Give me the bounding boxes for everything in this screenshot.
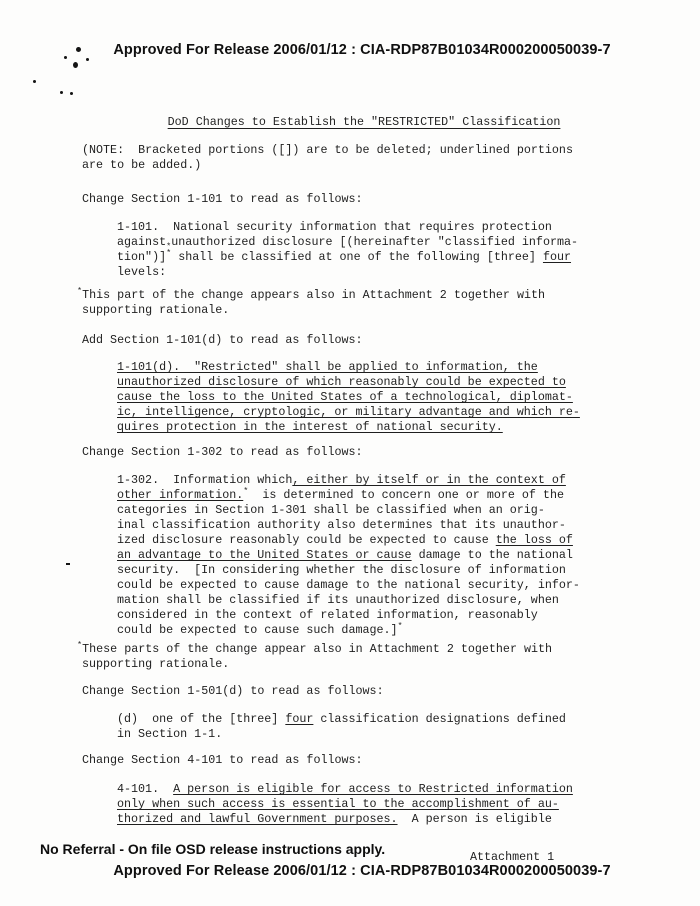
no-referral-stamp: No Referral - On file OSD release instru… (40, 841, 385, 857)
add-section-1-101d-heading: Add Section 1-101(d) to read as follows: (82, 333, 700, 348)
text-line: 1-101. National security information tha… (117, 220, 700, 235)
ink-speck (70, 92, 73, 95)
footnote-1: *This part of the change appears also in… (82, 288, 700, 318)
text-line: other information.* is determined to con… (117, 488, 700, 503)
text-line: *This part of the change appears also in… (82, 288, 700, 303)
text-line: 4-101. A person is eligible for access t… (117, 782, 700, 797)
text-line: (d) one of the [three] four classificati… (117, 712, 700, 727)
text-line: mation shall be classified if its unauth… (117, 593, 700, 608)
text-line: supporting rationale. (82, 303, 700, 318)
ink-speck (73, 62, 78, 68)
text-line: security. [In considering whether the di… (117, 563, 700, 578)
approved-for-release-stamp-top: Approved For Release 2006/01/12 : CIA-RD… (0, 42, 700, 58)
section-4-101-paragraph: 4-101. A person is eligible for access t… (117, 782, 700, 827)
document-title-text: DoD Changes to Establish the "RESTRICTED… (168, 115, 561, 129)
text-line: Change Section 4-101 to read as follows: (82, 753, 700, 768)
text-line: an advantage to the United States or cau… (117, 548, 700, 563)
change-section-1-101-heading: Change Section 1-101 to read as follows: (82, 192, 700, 207)
text-line: could be expected to cause such damage.]… (117, 623, 700, 638)
ink-speck (60, 91, 63, 94)
text-line: only when such access is essential to th… (117, 797, 700, 812)
document-title: DoD Changes to Establish the "RESTRICTED… (0, 101, 700, 143)
section-1-101-paragraph: 1-101. National security information tha… (117, 220, 700, 280)
ink-speck (86, 58, 89, 61)
text-line: *These parts of the change appear also i… (82, 642, 700, 657)
text-line: inal classification authority also deter… (117, 518, 700, 533)
text-line: (NOTE: Bracketed portions ([]) are to be… (82, 143, 700, 158)
footnote-2: *These parts of the change appear also i… (82, 642, 700, 672)
text-line: quires protection in the interest of nat… (117, 420, 700, 435)
change-section-1-501d-heading: Change Section 1-501(d) to read as follo… (82, 684, 700, 699)
text-line: supporting rationale. (82, 657, 700, 672)
note-paragraph: (NOTE: Bracketed portions ([]) are to be… (82, 143, 700, 173)
ink-speck (33, 80, 36, 83)
change-section-4-101-heading: Change Section 4-101 to read as follows: (82, 753, 700, 768)
text-line: categories in Section 1-301 shall be cla… (117, 503, 700, 518)
text-line: could be expected to cause damage to the… (117, 578, 700, 593)
change-section-1-302-heading: Change Section 1-302 to read as follows: (82, 445, 700, 460)
text-line: Change Section 1-101 to read as follows: (82, 192, 700, 207)
text-line: in Section 1-1. (117, 727, 700, 742)
text-line: 1-101(d). "Restricted" shall be applied … (117, 360, 700, 375)
text-line: levels: (117, 265, 700, 280)
text-line: tion")]* shall be classified at one of t… (117, 250, 700, 265)
text-line: unauthorized disclosure of which reasona… (117, 375, 700, 390)
attachment-label: Attachment 1 (470, 850, 554, 864)
section-1-101d-paragraph: 1-101(d). "Restricted" shall be applied … (117, 360, 700, 435)
text-line: ized disclosure reasonably could be expe… (117, 533, 700, 548)
approved-for-release-stamp-bottom: Approved For Release 2006/01/12 : CIA-RD… (0, 863, 700, 879)
text-line: Add Section 1-101(d) to read as follows: (82, 333, 700, 348)
text-line: against*unauthorized disclosure [(herein… (117, 235, 700, 250)
text-line: cause the loss to the United States of a… (117, 390, 700, 405)
section-1-501d-paragraph: (d) one of the [three] four classificati… (117, 712, 700, 742)
text-line: 1-302. Information which, either by itse… (117, 473, 700, 488)
text-line: Change Section 1-302 to read as follows: (82, 445, 700, 460)
document-content: (NOTE: Bracketed portions ([]) are to be… (0, 143, 700, 827)
text-line: are to be added.) (82, 158, 700, 173)
text-line: ic, intelligence, cryptologic, or milita… (117, 405, 700, 420)
text-line: thorized and lawful Government purposes.… (117, 812, 700, 827)
text-line: Change Section 1-501(d) to read as follo… (82, 684, 700, 699)
scanned-document-page: Approved For Release 2006/01/12 : CIA-RD… (0, 0, 700, 906)
text-line: considered in the context of related inf… (117, 608, 700, 623)
section-1-302-paragraph: 1-302. Information which, either by itse… (117, 473, 700, 638)
